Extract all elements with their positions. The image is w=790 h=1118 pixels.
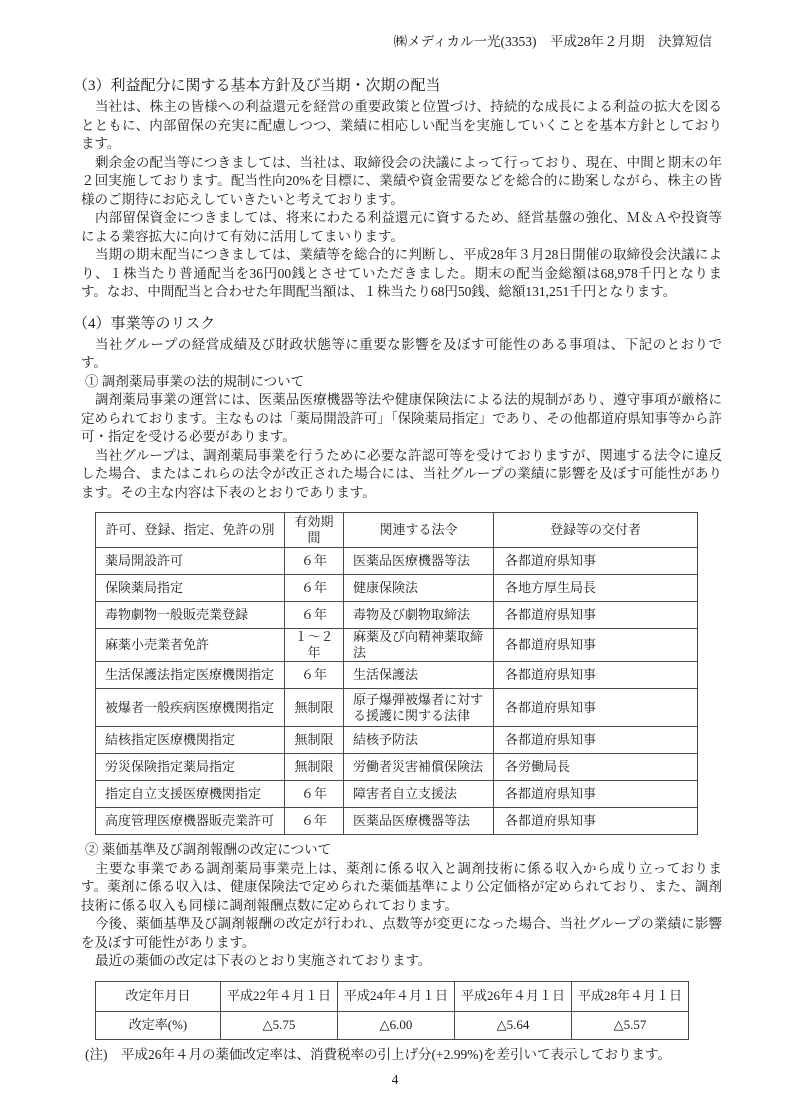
section-3-paragraph: 内部留保資金につきましては、将来にわたる利益還元に資するため、経営基盤の強化、Ｍ… [81, 209, 722, 246]
cell-issuer: 各都道府県知事 [494, 808, 698, 835]
cell-law: 医薬品医療機器等法 [344, 808, 494, 835]
table-row: 改定率(%) △5.75 △6.00 △5.64 △5.57 [96, 1011, 689, 1039]
document-content: （3）利益配分に関する基本方針及び当期・次期の配当 当社は、株主の皆様への利益還… [0, 76, 790, 1064]
table-row: 生活保護法指定医療機関指定 ６年 生活保護法 各都道府県知事 [96, 662, 698, 689]
cell-law: 医薬品医療機器等法 [344, 548, 494, 575]
section-3-heading: （3）利益配分に関する基本方針及び当期・次期の配当 [73, 76, 722, 96]
section-4-intro: 当社グループの経営成績及び財政状態等に重要な影響を及ぼす可能性のある事項は、下記… [81, 336, 722, 373]
risk-item-1-heading: ① 調剤薬局事業の法的規制について [85, 373, 722, 392]
cell-law: 原子爆弾被爆者に対する援護に関する法律 [344, 689, 494, 727]
cell-issuer: 各都道府県知事 [494, 602, 698, 629]
section-3-paragraph: 当社は、株主の皆様への利益還元を経営の重要政策と位置づけ、持続的な成長による利益… [81, 98, 722, 154]
row-label: 改定率(%) [96, 1011, 221, 1039]
column-header: 登録等の交付者 [494, 513, 698, 548]
table-note: (注) 平成26年４月の薬価改定率は、消費税率の引上げ分(+2.99%)を差引い… [85, 1046, 722, 1064]
cell-issuer: 各地方厚生局長 [494, 575, 698, 602]
revision-date: 平成28年４月１日 [572, 981, 689, 1011]
cell-license: 労災保険指定薬局指定 [96, 754, 285, 781]
cell-issuer: 各都道府県知事 [494, 629, 698, 662]
cell-term: 無制限 [285, 689, 344, 727]
cell-law: 結核予防法 [344, 727, 494, 754]
cell-license: 生活保護法指定医療機関指定 [96, 662, 285, 689]
table-row: 労災保険指定薬局指定 無制限 労働者災害補償保険法 各労働局長 [96, 754, 698, 781]
cell-license: 結核指定医療機関指定 [96, 727, 285, 754]
table-row: 高度管理医療機器販売業許可 ６年 医薬品医療機器等法 各都道府県知事 [96, 808, 698, 835]
regulation-table: 許可、登録、指定、免許の別 有効期間 関連する法令 登録等の交付者 薬局開設許可… [95, 512, 698, 835]
cell-term: １～２年 [285, 629, 344, 662]
row-label: 改定年月日 [96, 981, 221, 1011]
table-row: 保険薬局指定 ６年 健康保険法 各地方厚生局長 [96, 575, 698, 602]
drug-price-revision-table: 改定年月日 平成22年４月１日 平成24年４月１日 平成26年４月１日 平成28… [95, 981, 689, 1040]
cell-term: ６年 [285, 548, 344, 575]
cell-license: 薬局開設許可 [96, 548, 285, 575]
column-header: 許可、登録、指定、免許の別 [96, 513, 285, 548]
table-row: 毒物劇物一般販売業登録 ６年 毒物及び劇物取締法 各都道府県知事 [96, 602, 698, 629]
cell-term: ６年 [285, 575, 344, 602]
section-3-paragraph: 当期の期末配当につきましては、業績等を総合的に判断し、平成28年３月28日開催の… [81, 246, 722, 302]
cell-law: 労働者災害補償保険法 [344, 754, 494, 781]
table-row: 指定自立支援医療機関指定 ６年 障害者自立支援法 各都道府県知事 [96, 781, 698, 808]
risk-item-2-heading: ② 薬価基準及び調剤報酬の改定について [85, 841, 722, 860]
cell-license: 高度管理医療機器販売業許可 [96, 808, 285, 835]
revision-rate: △6.00 [338, 1011, 455, 1039]
risk-item-1-paragraph: 当社グループは、調剤薬局事業を行うために必要な許認可等を受けておりますが、関連す… [81, 447, 722, 503]
risk-item-2-paragraph: 主要な事業である調剤薬局事業売上は、薬剤に係る収入と調剤技術に係る収入から成り立… [81, 860, 722, 916]
cell-issuer: 各都道府県知事 [494, 727, 698, 754]
revision-rate: △5.57 [572, 1011, 689, 1039]
cell-license: 被爆者一般疾病医療機関指定 [96, 689, 285, 727]
cell-term: ６年 [285, 662, 344, 689]
cell-law: 毒物及び劇物取締法 [344, 602, 494, 629]
revision-rate: △5.64 [455, 1011, 572, 1039]
risk-item-2-paragraph: 最近の薬価の改定は下表のとおり実施されております。 [81, 952, 722, 971]
risk-item-1-paragraph: 調剤薬局事業の運営には、医薬品医療機器等法や健康保険法による法的規制があり、遵守… [81, 391, 722, 447]
table-row: 結核指定医療機関指定 無制限 結核予防法 各都道府県知事 [96, 727, 698, 754]
section-4-heading: （4）事業等のリスク [73, 314, 722, 334]
cell-issuer: 各都道府県知事 [494, 662, 698, 689]
table-header-row: 許可、登録、指定、免許の別 有効期間 関連する法令 登録等の交付者 [96, 513, 698, 548]
cell-license: 麻薬小売業者免許 [96, 629, 285, 662]
revision-date: 平成24年４月１日 [338, 981, 455, 1011]
cell-issuer: 各都道府県知事 [494, 781, 698, 808]
cell-term: ６年 [285, 781, 344, 808]
table-header-row: 改定年月日 平成22年４月１日 平成24年４月１日 平成26年４月１日 平成28… [96, 981, 689, 1011]
cell-law: 生活保護法 [344, 662, 494, 689]
table-row: 薬局開設許可 ６年 医薬品医療機器等法 各都道府県知事 [96, 548, 698, 575]
cell-license: 指定自立支援医療機関指定 [96, 781, 285, 808]
cell-law: 健康保険法 [344, 575, 494, 602]
cell-law: 麻薬及び向精神薬取締法 [344, 629, 494, 662]
table-row: 被爆者一般疾病医療機関指定 無制限 原子爆弾被爆者に対する援護に関する法律 各都… [96, 689, 698, 727]
cell-issuer: 各都道府県知事 [494, 548, 698, 575]
cell-term: 無制限 [285, 727, 344, 754]
section-3-paragraph: 剰余金の配当等につきましては、当社は、取締役会の決議によって行っており、現在、中… [81, 154, 722, 210]
document-header: ㈱メディカル一光(3353) 平成28年２月期 決算短信 [0, 0, 790, 50]
cell-issuer: 各労働局長 [494, 754, 698, 781]
revision-date: 平成22年４月１日 [221, 981, 338, 1011]
cell-license: 保険薬局指定 [96, 575, 285, 602]
revision-date: 平成26年４月１日 [455, 981, 572, 1011]
page-number: 4 [0, 1072, 790, 1088]
cell-term: 無制限 [285, 754, 344, 781]
cell-law: 障害者自立支援法 [344, 781, 494, 808]
risk-item-2-paragraph: 今後、薬価基準及び調剤報酬の改定が行われ、点数等が変更になった場合、当社グループ… [81, 915, 722, 952]
revision-rate: △5.75 [221, 1011, 338, 1039]
cell-term: ６年 [285, 808, 344, 835]
cell-issuer: 各都道府県知事 [494, 689, 698, 727]
table-row: 麻薬小売業者免許 １～２年 麻薬及び向精神薬取締法 各都道府県知事 [96, 629, 698, 662]
column-header: 有効期間 [285, 513, 344, 548]
cell-license: 毒物劇物一般販売業登録 [96, 602, 285, 629]
cell-term: ６年 [285, 602, 344, 629]
column-header: 関連する法令 [344, 513, 494, 548]
document-page: ㈱メディカル一光(3353) 平成28年２月期 決算短信 （3）利益配分に関する… [0, 0, 790, 1118]
